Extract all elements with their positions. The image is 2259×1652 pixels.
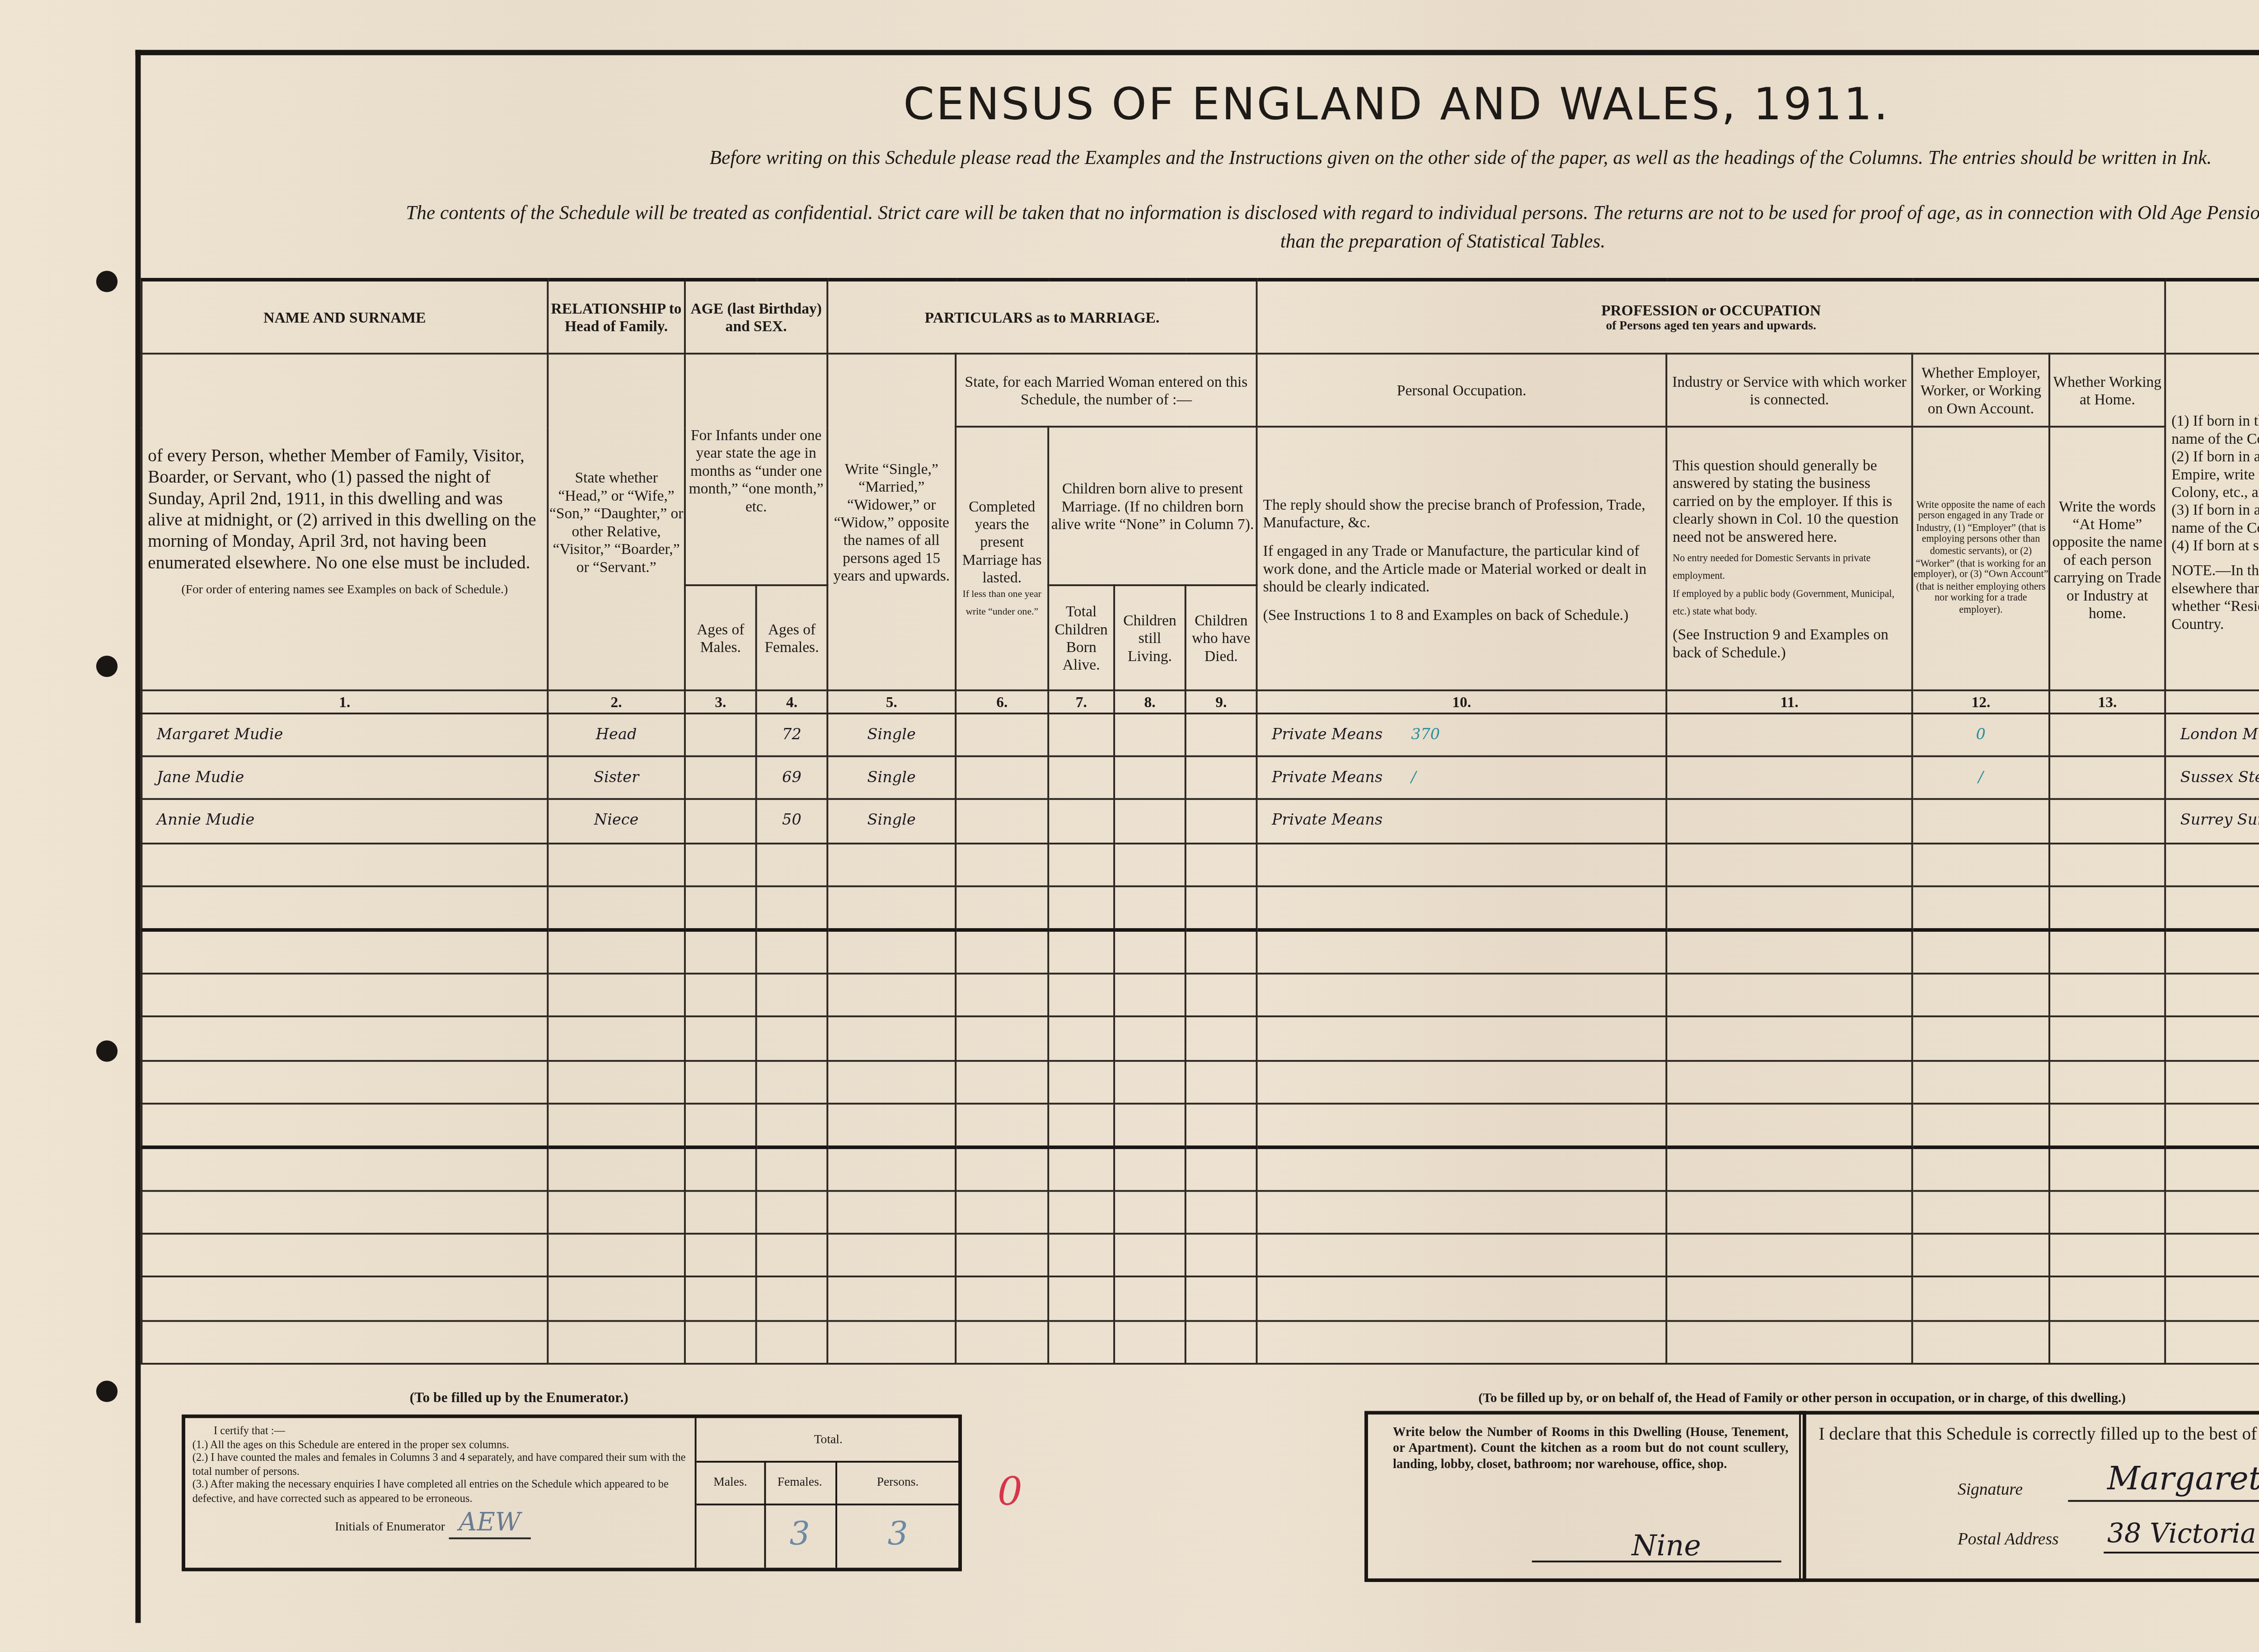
punch-hole xyxy=(96,656,117,677)
cell-relationship[interactable] xyxy=(548,1234,685,1277)
cell-children-living[interactable] xyxy=(1114,1277,1186,1320)
col-num-6: 6. xyxy=(956,690,1048,713)
cell-years-married[interactable] xyxy=(956,843,1048,886)
cell-children-born[interactable] xyxy=(1048,930,1114,974)
cell-occupation[interactable] xyxy=(1257,886,1667,929)
cell-age-female[interactable] xyxy=(756,930,828,974)
col-num-8: 8. xyxy=(1114,690,1186,713)
years-married-instructions: Completed years the present Marriage has… xyxy=(956,427,1048,690)
cell-age-male[interactable] xyxy=(685,1060,756,1103)
cell-relationship[interactable] xyxy=(548,1147,685,1191)
cell-years-married[interactable] xyxy=(956,1191,1048,1234)
person-name: Jane Mudie xyxy=(157,769,244,787)
cell-children-born[interactable] xyxy=(1048,1191,1114,1234)
cell-condition[interactable] xyxy=(827,930,956,974)
cell-relationship[interactable]: Sister xyxy=(548,756,685,799)
cell-age-female[interactable] xyxy=(756,1234,828,1277)
cell-name[interactable]: 6 xyxy=(141,930,548,974)
cell-birthplace[interactable] xyxy=(2165,1277,2259,1320)
cell-working-at-home[interactable] xyxy=(2049,713,2165,756)
col-num-13: 13. xyxy=(2049,690,2165,713)
punch-hole xyxy=(96,1040,117,1061)
punch-hole xyxy=(96,1381,117,1402)
cell-industry[interactable] xyxy=(1666,930,1912,974)
cell-industry[interactable] xyxy=(1666,1320,1912,1363)
cell-working-at-home[interactable] xyxy=(2049,1234,2165,1277)
occupation-text: Private Means xyxy=(1272,726,1383,744)
cell-children-born[interactable] xyxy=(1048,1277,1114,1320)
cell-working-at-home[interactable] xyxy=(2049,843,2165,886)
cell-relationship[interactable] xyxy=(548,1320,685,1363)
cell-employment-status[interactable] xyxy=(1912,886,2049,929)
table-row: 9 xyxy=(141,1060,2259,1103)
cell-relationship[interactable] xyxy=(548,1277,685,1320)
postal-address-value[interactable]: 38 Victoria Avenue Surbiton Surrey xyxy=(2107,1518,2259,1550)
cell-children-born[interactable] xyxy=(1048,1147,1114,1191)
cell-industry[interactable] xyxy=(1666,843,1912,886)
cell-children-died[interactable] xyxy=(1186,930,1257,974)
cell-children-died[interactable] xyxy=(1186,1017,1257,1060)
cell-working-at-home[interactable] xyxy=(2049,930,2165,974)
cell-relationship[interactable]: Niece xyxy=(548,800,685,843)
cell-birthplace[interactable] xyxy=(2165,1060,2259,1103)
col-num-12: 12. xyxy=(1912,690,2050,713)
initials-value[interactable]: AEW xyxy=(448,1508,531,1539)
cell-industry[interactable] xyxy=(1666,756,1912,799)
signature-label: Signature xyxy=(1958,1482,2023,1500)
table-row: 15 xyxy=(141,1320,2259,1363)
occupation-rule-2: If engaged in any Trade or Manufacture, … xyxy=(1263,541,1660,594)
cell-children-living[interactable] xyxy=(1114,1017,1186,1060)
cell-age-female[interactable]: 50 xyxy=(756,800,828,843)
cell-occupation[interactable] xyxy=(1257,1191,1667,1234)
cell-industry[interactable] xyxy=(1666,713,1912,756)
cell-years-married[interactable] xyxy=(956,1320,1048,1363)
cell-condition[interactable] xyxy=(827,1234,956,1277)
cell-name[interactable]: 11 xyxy=(141,1147,548,1191)
cell-industry[interactable] xyxy=(1666,886,1912,929)
ages-males-heading: Ages of Males. xyxy=(685,585,756,690)
name-instructions: of every Person, whether Member of Famil… xyxy=(141,354,548,690)
table-row: 13 xyxy=(141,1234,2259,1277)
enumerator-certification: I certify that :— (1.) All the ages on t… xyxy=(192,1425,691,1534)
cell-age-female[interactable] xyxy=(756,1191,828,1234)
cell-name[interactable]: 9 xyxy=(141,1060,548,1103)
cell-employment-status[interactable] xyxy=(1912,1234,2049,1277)
col-num-11: 11. xyxy=(1667,690,1912,713)
cell-years-married[interactable] xyxy=(956,930,1048,974)
employer-instructions: Write opposite the name of each person e… xyxy=(1912,427,2050,690)
declaration-box: I declare that this Schedule is correctl… xyxy=(1799,1411,2259,1582)
postal-address-line xyxy=(2104,1552,2259,1553)
cell-condition[interactable] xyxy=(827,843,956,886)
column-numbers: 1. 2. 3. 4. 5. 6. 7. 8. 9. 10. 11. 12. 1… xyxy=(141,690,2259,713)
red-check-mark: 0 xyxy=(998,1472,1022,1516)
cell-birthplace[interactable] xyxy=(2165,1320,2259,1363)
cell-birthplace[interactable] xyxy=(2165,1191,2259,1234)
certify-heading: I certify that :— xyxy=(192,1425,691,1439)
cell-children-born[interactable] xyxy=(1048,1017,1114,1060)
cell-children-living[interactable] xyxy=(1114,800,1186,843)
cell-relationship[interactable] xyxy=(548,843,685,886)
occupier-caption: (To be filled up by, or on behalf of, th… xyxy=(1478,1389,2126,1405)
cell-name[interactable]: 13 xyxy=(141,1234,548,1277)
cell-children-born[interactable] xyxy=(1048,713,1114,756)
cell-name[interactable]: 14 xyxy=(141,1277,548,1320)
cell-condition[interactable] xyxy=(827,1017,956,1060)
cell-birthplace[interactable]: London Middlesex xyxy=(2165,713,2259,756)
total-born-heading: Total Children Born Alive. xyxy=(1048,585,1114,690)
person-name: Margaret Mudie xyxy=(157,726,283,744)
cell-employment-status[interactable] xyxy=(1912,800,2049,843)
cell-children-living[interactable] xyxy=(1114,1320,1186,1363)
cell-age-female[interactable] xyxy=(756,1147,828,1191)
cell-employment-status[interactable] xyxy=(1912,1060,2049,1103)
cell-condition[interactable]: Single xyxy=(827,713,956,756)
cell-children-living[interactable] xyxy=(1114,1060,1186,1103)
cell-age-male[interactable] xyxy=(685,800,756,843)
cell-employment-status[interactable] xyxy=(1912,1277,2049,1320)
cell-age-female[interactable]: 72 xyxy=(756,713,828,756)
cell-age-female[interactable] xyxy=(756,843,828,886)
cell-children-died[interactable] xyxy=(1186,1060,1257,1103)
cell-age-female[interactable] xyxy=(756,1017,828,1060)
cell-children-died[interactable] xyxy=(1186,1103,1257,1147)
cell-years-married[interactable] xyxy=(956,800,1048,843)
table-row: 8 xyxy=(141,1017,2259,1060)
cell-relationship[interactable] xyxy=(548,1191,685,1234)
cell-children-died[interactable] xyxy=(1186,886,1257,929)
cell-occupation[interactable] xyxy=(1257,1320,1667,1363)
cell-industry[interactable] xyxy=(1666,1060,1912,1103)
cell-working-at-home[interactable] xyxy=(2049,1147,2165,1191)
cell-condition[interactable] xyxy=(827,1147,956,1191)
cell-years-married[interactable] xyxy=(956,713,1048,756)
cell-years-married[interactable] xyxy=(956,756,1048,799)
enumerator-caption: (To be filled up by the Enumerator.) xyxy=(410,1389,628,1405)
cell-children-born[interactable] xyxy=(1048,886,1114,929)
cell-industry[interactable] xyxy=(1666,1234,1912,1277)
males-total[interactable] xyxy=(697,1504,766,1568)
cell-birthplace[interactable] xyxy=(2165,974,2259,1017)
cell-age-male[interactable] xyxy=(685,886,756,929)
children-heading: Children born alive to present Marriage.… xyxy=(1048,427,1256,585)
cell-years-married[interactable] xyxy=(956,1147,1048,1191)
persons-label: Persons. xyxy=(835,1461,960,1506)
cell-working-at-home[interactable] xyxy=(2049,800,2165,843)
table-row: 1Margaret MudieHead72SinglePrivate Means… xyxy=(141,713,2259,756)
census-schedule: CENSUS OF ENGLAND AND WALES, 1911. Befor… xyxy=(0,0,2259,1652)
cell-name[interactable]: 10 xyxy=(141,1103,548,1147)
cell-relationship[interactable] xyxy=(548,1060,685,1103)
cell-birthplace[interactable] xyxy=(2165,1234,2259,1277)
cell-birthplace[interactable] xyxy=(2165,1017,2259,1060)
cell-condition[interactable] xyxy=(827,1320,956,1363)
personal-occupation-instructions: The reply should show the precise branch… xyxy=(1257,427,1667,690)
cell-working-at-home[interactable] xyxy=(2049,1191,2165,1234)
table-row: 4 xyxy=(141,843,2259,886)
cell-years-married[interactable] xyxy=(956,886,1048,929)
cell-children-died[interactable] xyxy=(1186,800,1257,843)
cell-working-at-home[interactable] xyxy=(2049,1060,2165,1103)
birthplace-note: NOTE.—In the case of persons born elsewh… xyxy=(2171,561,2259,633)
col-num-1: 1. xyxy=(141,690,548,713)
cell-industry[interactable] xyxy=(1666,974,1912,1017)
cell-children-born[interactable] xyxy=(1048,1234,1114,1277)
cell-children-died[interactable] xyxy=(1186,1234,1257,1277)
cell-employment-status[interactable] xyxy=(1912,1191,2049,1234)
heading-age: AGE (last Birthday) and SEX. xyxy=(685,280,827,354)
table-row: 11 xyxy=(141,1147,2259,1191)
cell-employment-status[interactable]: 0 xyxy=(1912,713,2049,756)
cell-age-female[interactable] xyxy=(756,1103,828,1147)
intro-instructions: Before writing on this Schedule please r… xyxy=(427,148,2259,169)
cell-occupation[interactable] xyxy=(1257,1147,1667,1191)
ages-females-heading: Ages of Females. xyxy=(756,585,828,690)
cell-occupation[interactable] xyxy=(1257,1234,1667,1277)
cell-children-born[interactable] xyxy=(1048,1320,1114,1363)
employer-heading: Whether Employer, Worker, or Working on … xyxy=(1912,354,2050,427)
cell-occupation[interactable] xyxy=(1257,1277,1667,1320)
cell-name[interactable]: 4 xyxy=(141,843,548,886)
rooms-value[interactable]: Nine xyxy=(1631,1529,1701,1563)
cell-industry[interactable] xyxy=(1666,1017,1912,1060)
col-num-3: 3. xyxy=(685,690,756,713)
relationship-instructions: State whether “Head,” or “Wife,” “Son,” … xyxy=(548,354,685,690)
cell-relationship[interactable] xyxy=(548,886,685,929)
cell-children-died[interactable] xyxy=(1186,1277,1257,1320)
cell-working-at-home[interactable] xyxy=(2049,756,2165,799)
cell-employment-status[interactable] xyxy=(1912,930,2049,974)
cell-age-male[interactable] xyxy=(685,1147,756,1191)
certify-item-2: (2.) I have counted the males and female… xyxy=(192,1452,691,1479)
cell-children-born[interactable] xyxy=(1048,756,1114,799)
col-num-9: 9. xyxy=(1186,690,1257,713)
cell-condition[interactable]: Single xyxy=(827,756,956,799)
cell-relationship[interactable] xyxy=(548,930,685,974)
occupation-code: / xyxy=(1411,769,1416,787)
persons-total[interactable]: 3 xyxy=(835,1504,960,1568)
person-name: Annie Mudie xyxy=(157,812,254,830)
punch-hole xyxy=(96,271,117,292)
cell-years-married[interactable] xyxy=(956,974,1048,1017)
died-heading: Children who have Died. xyxy=(1186,585,1257,690)
cell-children-living[interactable] xyxy=(1114,756,1186,799)
females-label: Females. xyxy=(764,1461,837,1506)
cell-age-female[interactable] xyxy=(756,1277,828,1320)
cell-children-living[interactable] xyxy=(1114,974,1186,1017)
cell-age-female[interactable] xyxy=(756,1320,828,1363)
cell-name[interactable]: 3Annie Mudie xyxy=(141,800,548,843)
heading-occupation: PROFESSION or OCCUPATION of Persons aged… xyxy=(1257,280,2165,354)
cell-age-male[interactable] xyxy=(685,1191,756,1234)
cell-working-at-home[interactable] xyxy=(2049,1320,2165,1363)
home-heading: Whether Working at Home. xyxy=(2049,354,2165,427)
totals-grid: Total. Males. Females. Persons. 3 3 xyxy=(695,1418,960,1568)
table-row: 3Annie MudieNiece50SinglePrivate MeansSu… xyxy=(141,800,2259,843)
cell-name[interactable]: 1Margaret Mudie xyxy=(141,713,548,756)
cell-relationship[interactable] xyxy=(548,1017,685,1060)
cell-years-married[interactable] xyxy=(956,1103,1048,1147)
table-row: 14 xyxy=(141,1277,2259,1320)
cell-children-died[interactable] xyxy=(1186,1147,1257,1191)
cell-age-male[interactable] xyxy=(685,930,756,974)
cell-working-at-home[interactable] xyxy=(2049,886,2165,929)
cell-age-female[interactable] xyxy=(756,886,828,929)
col-num-10: 10. xyxy=(1257,690,1667,713)
cell-children-died[interactable] xyxy=(1186,713,1257,756)
years-married-text: Completed years the present Marriage has… xyxy=(956,496,1047,585)
cell-occupation[interactable] xyxy=(1257,930,1667,974)
cell-age-male[interactable] xyxy=(685,1234,756,1277)
cell-occupation[interactable]: Private Means xyxy=(1257,800,1667,843)
males-label: Males. xyxy=(697,1461,766,1506)
cell-relationship[interactable]: Head xyxy=(548,713,685,756)
table-row: 7 xyxy=(141,974,2259,1017)
cell-condition[interactable] xyxy=(827,1103,956,1147)
cell-name[interactable]: 2Jane Mudie xyxy=(141,756,548,799)
cell-children-died[interactable] xyxy=(1186,1191,1257,1234)
cell-occupation[interactable] xyxy=(1257,1017,1667,1060)
cell-working-at-home[interactable] xyxy=(2049,1277,2165,1320)
postal-address-label: Postal Address xyxy=(1958,1532,2059,1550)
cell-working-at-home[interactable] xyxy=(2049,1103,2165,1147)
cell-name[interactable]: 7 xyxy=(141,974,548,1017)
cell-birthplace[interactable] xyxy=(2165,930,2259,974)
cell-industry[interactable] xyxy=(1666,1103,1912,1147)
cell-age-female[interactable] xyxy=(756,974,828,1017)
cell-condition[interactable]: Single xyxy=(827,800,956,843)
cell-children-born[interactable] xyxy=(1048,1103,1114,1147)
occupation-code: 370 xyxy=(1411,726,1440,744)
cell-birthplace[interactable] xyxy=(2165,1147,2259,1191)
cell-employment-status[interactable] xyxy=(1912,1320,2049,1363)
cell-name[interactable]: 8 xyxy=(141,1017,548,1060)
cell-birthplace[interactable] xyxy=(2165,843,2259,886)
table-row: 6 xyxy=(141,930,2259,974)
cell-age-male[interactable] xyxy=(685,1103,756,1147)
cell-years-married[interactable] xyxy=(956,1017,1048,1060)
col-num-7: 7. xyxy=(1048,690,1114,713)
cell-condition[interactable] xyxy=(827,886,956,929)
document-title: CENSUS OF ENGLAND AND WALES, 1911. xyxy=(0,78,2259,130)
cell-children-died[interactable] xyxy=(1186,1320,1257,1363)
cell-industry[interactable] xyxy=(1666,1147,1912,1191)
cell-industry[interactable] xyxy=(1666,1191,1912,1234)
cell-relationship[interactable] xyxy=(548,974,685,1017)
cell-age-male[interactable] xyxy=(685,974,756,1017)
cell-condition[interactable] xyxy=(827,1277,956,1320)
cell-condition[interactable] xyxy=(827,1191,956,1234)
cell-children-died[interactable] xyxy=(1186,756,1257,799)
cell-children-died[interactable] xyxy=(1186,843,1257,886)
cell-children-born[interactable] xyxy=(1048,1060,1114,1103)
name-instruction-text: of every Person, whether Member of Famil… xyxy=(148,447,541,576)
condition-instructions: Write “Single,” “Married,” “Widower,” or… xyxy=(827,354,956,690)
cell-employment-status[interactable] xyxy=(1912,1147,2049,1191)
cell-children-living[interactable] xyxy=(1114,1191,1186,1234)
cell-employment-status[interactable] xyxy=(1912,1017,2049,1060)
cell-occupation[interactable] xyxy=(1257,1103,1667,1147)
cell-children-living[interactable] xyxy=(1114,1147,1186,1191)
cell-age-male[interactable] xyxy=(685,1017,756,1060)
cell-children-born[interactable] xyxy=(1048,843,1114,886)
cell-birthplace[interactable]: Surrey Surbiton xyxy=(2165,800,2259,843)
cell-age-female[interactable]: 69 xyxy=(756,756,828,799)
cell-children-living[interactable] xyxy=(1114,1103,1186,1147)
cell-age-male[interactable] xyxy=(685,713,756,756)
cell-children-died[interactable] xyxy=(1186,974,1257,1017)
cell-children-born[interactable] xyxy=(1048,800,1114,843)
cell-age-female[interactable] xyxy=(756,1060,828,1103)
females-total[interactable]: 3 xyxy=(764,1504,837,1568)
cell-years-married[interactable] xyxy=(956,1234,1048,1277)
birthplace-instructions: (1) If born in the United Kingdom, write… xyxy=(2165,354,2259,690)
heading-marriage: PARTICULARS as to MARRIAGE. xyxy=(827,280,1256,354)
cell-employment-status[interactable] xyxy=(1912,974,2049,1017)
cell-employment-status[interactable] xyxy=(1912,843,2049,886)
birthplace-rule-3: (3) If born in a Foreign Country, write … xyxy=(2171,501,2259,536)
cell-children-born[interactable] xyxy=(1048,974,1114,1017)
cell-years-married[interactable] xyxy=(956,1060,1048,1103)
cell-children-living[interactable] xyxy=(1114,713,1186,756)
cell-occupation[interactable]: Private Means/ xyxy=(1257,756,1667,799)
cell-age-male[interactable] xyxy=(685,756,756,799)
cell-occupation[interactable] xyxy=(1257,974,1667,1017)
cell-age-male[interactable] xyxy=(685,1277,756,1320)
cell-age-male[interactable] xyxy=(685,1320,756,1363)
cell-name[interactable]: 5 xyxy=(141,886,548,929)
heading-name: NAME AND SURNAME xyxy=(141,280,548,354)
occupation-text: Private Means xyxy=(1272,812,1383,830)
confidentiality-notice-cont: than the preparation of Statistical Tabl… xyxy=(160,232,2259,253)
initials-row: Initials of Enumerator AEW xyxy=(192,1517,691,1534)
cell-relationship[interactable] xyxy=(548,1103,685,1147)
signature-value[interactable]: Margaret Mudie xyxy=(2107,1461,2259,1498)
birthplace-subtitle: of every person. xyxy=(2166,319,2259,333)
heading-relationship: RELATIONSHIP to Head of Family. xyxy=(548,280,685,354)
cell-children-living[interactable] xyxy=(1114,886,1186,929)
cell-birthplace[interactable]: Sussex Steyning xyxy=(2165,756,2259,799)
cell-occupation[interactable] xyxy=(1257,1060,1667,1103)
cell-birthplace[interactable] xyxy=(2165,1103,2259,1147)
cell-children-living[interactable] xyxy=(1114,843,1186,886)
cell-working-at-home[interactable] xyxy=(2049,974,2165,1017)
cell-industry[interactable] xyxy=(1666,1277,1912,1320)
cell-occupation[interactable] xyxy=(1257,843,1667,886)
entries-table: 1Margaret MudieHead72SinglePrivate Means… xyxy=(141,713,2259,1364)
cell-age-male[interactable] xyxy=(685,843,756,886)
occupation-rule-1: The reply should show the precise branch… xyxy=(1263,494,1660,530)
cell-industry[interactable] xyxy=(1666,800,1912,843)
cell-birthplace[interactable] xyxy=(2165,886,2259,929)
cell-children-living[interactable] xyxy=(1114,930,1186,974)
cell-working-at-home[interactable] xyxy=(2049,1017,2165,1060)
cell-employment-status[interactable]: / xyxy=(1912,756,2049,799)
home-instructions: Write the words “At Home” opposite the n… xyxy=(2049,427,2165,690)
cell-name[interactable]: 12 xyxy=(141,1191,548,1234)
cell-years-married[interactable] xyxy=(956,1277,1048,1320)
cell-employment-status[interactable] xyxy=(1912,1103,2049,1147)
cell-occupation[interactable]: Private Means370 xyxy=(1257,713,1667,756)
cell-condition[interactable] xyxy=(827,1060,956,1103)
cell-children-living[interactable] xyxy=(1114,1234,1186,1277)
birthplace-title: BIRTHPLACE xyxy=(2166,301,2259,319)
age-instructions: For Infants under one year state the age… xyxy=(685,354,827,586)
cell-condition[interactable] xyxy=(827,974,956,1017)
cell-name[interactable]: 15 xyxy=(141,1320,548,1363)
census-table: NAME AND SURNAME RELATIONSHIP to Head of… xyxy=(141,278,2259,714)
